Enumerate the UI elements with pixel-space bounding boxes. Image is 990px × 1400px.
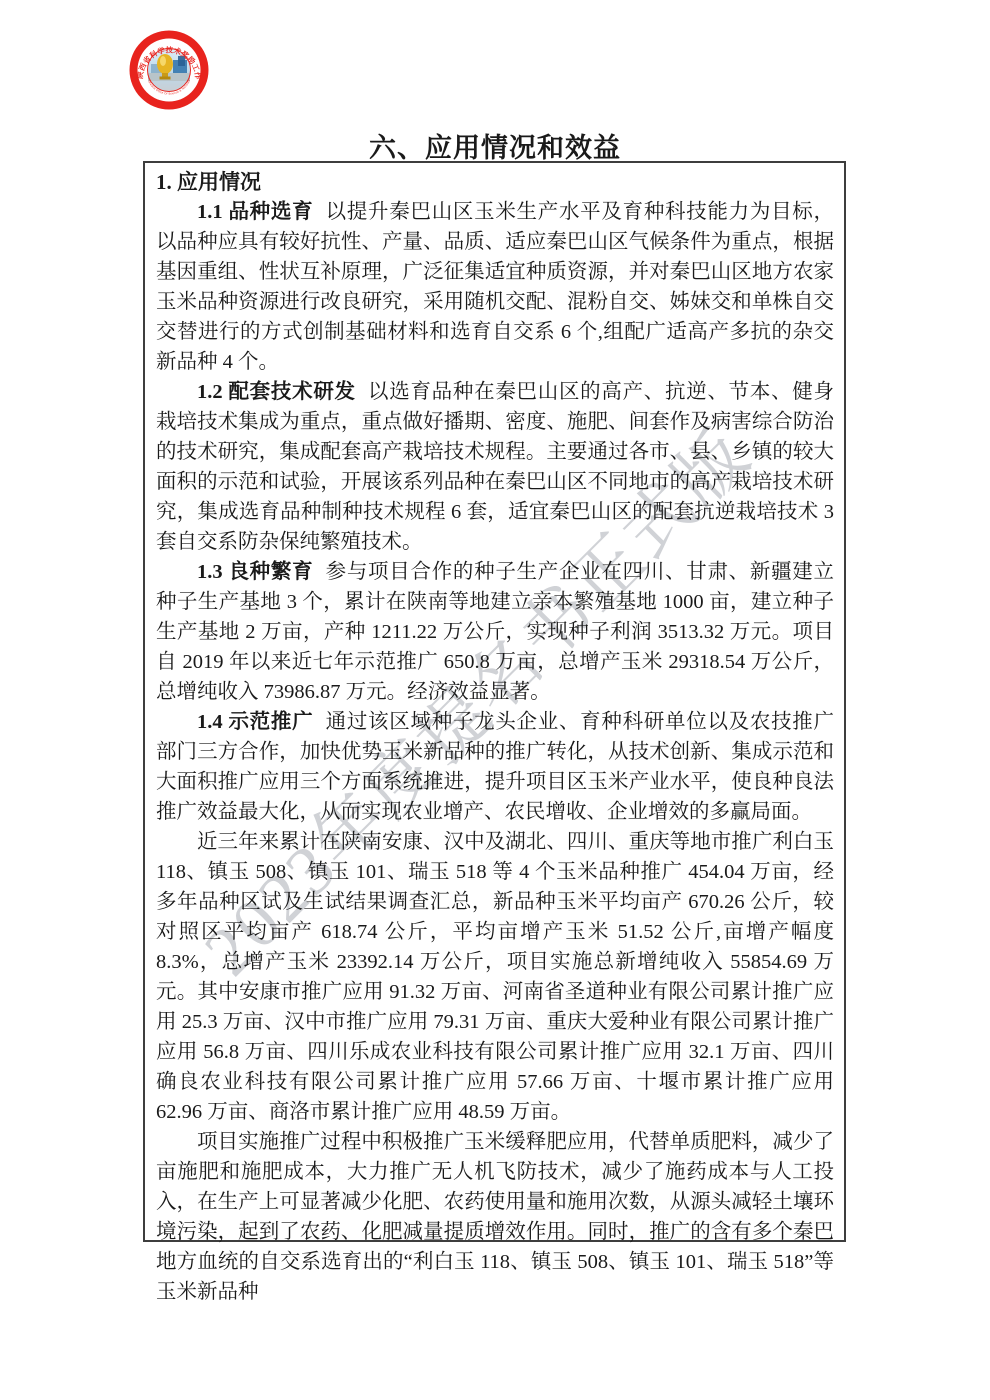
paragraph-label: 1.3 良种繁育 (197, 561, 313, 583)
paragraph-label: 1.2 配套技术研发 (197, 381, 356, 403)
paragraph: 近三年来累计在陕南安康、汉中及湖北、四川、重庆等地市推广利白玉 118、镇玉 5… (156, 827, 834, 1127)
paragraph: 1.4 示范推广通过该区域种子龙头企业、育种科研单位以及农技推广部门三方合作，加… (156, 707, 834, 827)
page-title: 六、应用情况和效益 (0, 126, 990, 165)
paragraph-label: 1.4 示范推广 (197, 711, 313, 733)
paragraph-text: 以提升秦巴山区玉米生产水平及育种科技能力为目标，以品种应具有较好抗性、产量、品质… (156, 201, 834, 373)
paragraph-label: 1.1 品种选育 (197, 201, 313, 223)
content-box: 1. 应用情况 1.1 品种选育以提升秦巴山区玉米生产水平及育种科技能力为目标，… (143, 161, 846, 1242)
award-office-seal-icon: 陕西省科学技术奖励工作办公室 Shaanxi Office Of Science… (129, 30, 209, 110)
paragraph-text: 以选育品种在秦巴山区的高产、抗逆、节本、健身栽培技术集成为重点，重点做好播期、密… (156, 381, 834, 553)
paragraph: 项目实施推广过程中积极推广玉米缓释肥应用，代替单质肥料，减少了亩施肥和施肥成本，… (156, 1127, 834, 1307)
paragraph-text: 项目实施推广过程中积极推广玉米缓释肥应用，代替单质肥料，减少了亩施肥和施肥成本，… (156, 1131, 834, 1303)
paragraph: 1.3 良种繁育参与项目合作的种子生产企业在四川、甘肃、新疆建立种子生产基地 3… (156, 557, 834, 707)
paragraph-list: 1.1 品种选育以提升秦巴山区玉米生产水平及育种科技能力为目标，以品种应具有较好… (156, 197, 834, 1307)
seal-graphic: 陕西省科学技术奖励工作办公室 Shaanxi Office Of Science… (129, 30, 209, 110)
paragraph-text: 近三年来累计在陕南安康、汉中及湖北、四川、重庆等地市推广利白玉 118、镇玉 5… (156, 831, 834, 1123)
paragraph: 1.1 品种选育以提升秦巴山区玉米生产水平及育种科技能力为目标，以品种应具有较好… (156, 197, 834, 377)
section-heading: 1. 应用情况 (156, 167, 834, 197)
paragraph: 1.2 配套技术研发以选育品种在秦巴山区的高产、抗逆、节本、健身栽培技术集成为重… (156, 377, 834, 557)
document-page: 2023年度提名书正式版 (0, 0, 990, 1400)
